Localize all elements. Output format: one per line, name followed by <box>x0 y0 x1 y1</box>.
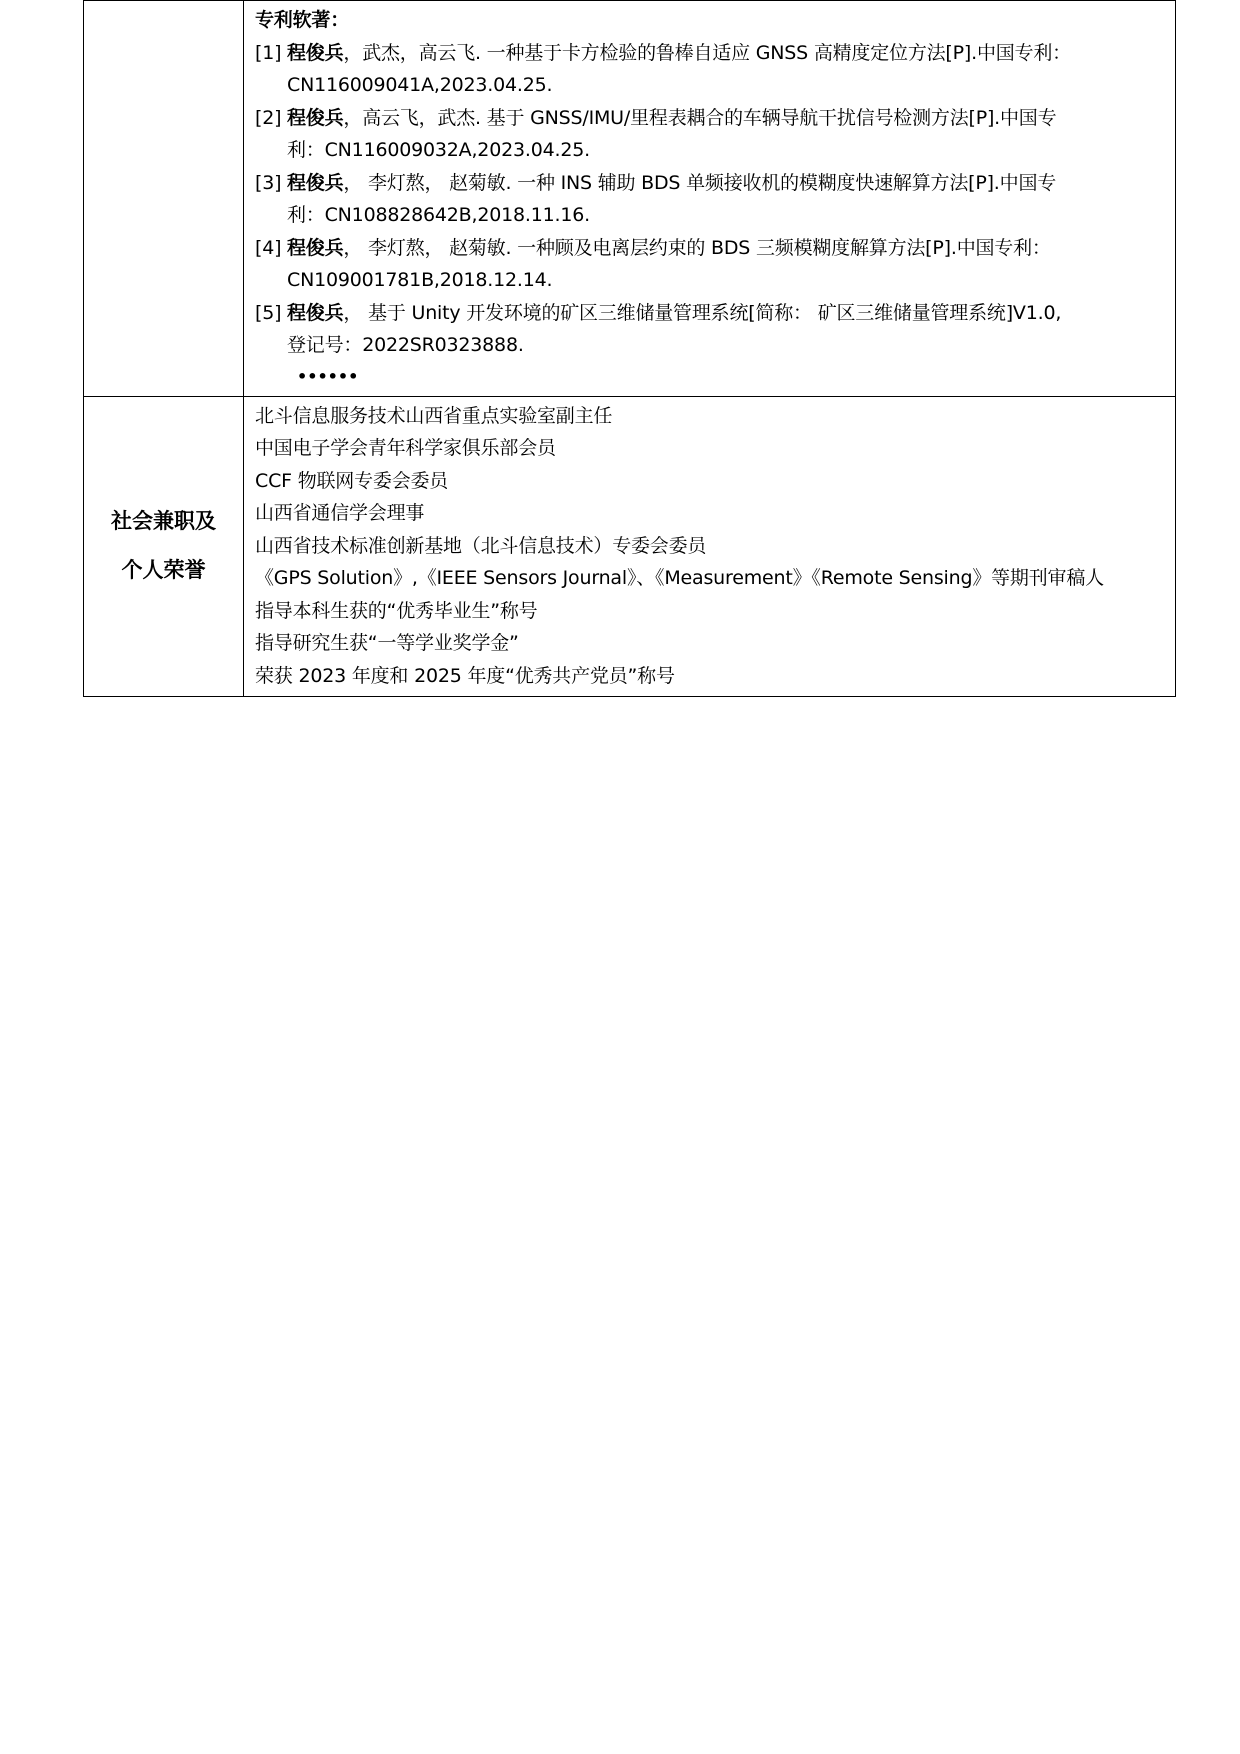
honors-row: 社会兼职及 个人荣誉 北斗信息服务技术山西省重点实验室副主任 中国电子学会青年科… <box>84 396 1176 697</box>
patent-number: [1] <box>255 37 281 70</box>
patents-section-title: 专利软著： <box>255 4 1165 37</box>
patent-author: 程俊兵 <box>287 237 343 259</box>
patent-text: ， 李灯熬， 赵菊敏. 一种 INS 辅助 BDS 单频接收机的模糊度快速解算方… <box>343 172 1056 194</box>
honors-label-line2: 个人荣誉 <box>84 546 243 595</box>
honor-item: 指导本科生获的“优秀毕业生”称号 <box>255 595 1165 628</box>
patent-item: [4] 程俊兵， 李灯熬， 赵菊敏. 一种顾及电离层约束的 BDS 三频模糊度解… <box>255 232 1165 297</box>
patent-item: [1] 程俊兵，武杰，高云飞. 一种基于卡方检验的鲁棒自适应 GNSS 高精度定… <box>255 37 1165 102</box>
patent-text: ， 李灯熬， 赵菊敏. 一种顾及电离层约束的 BDS 三频模糊度解算方法[P].… <box>343 237 1050 259</box>
patent-author: 程俊兵 <box>287 302 343 324</box>
patent-text: ，武杰，高云飞. 一种基于卡方检验的鲁棒自适应 GNSS 高精度定位方法[P].… <box>343 42 1071 64</box>
honors-content-cell: 北斗信息服务技术山西省重点实验室副主任 中国电子学会青年科学家俱乐部会员 CCF… <box>244 396 1176 697</box>
patent-item: [3] 程俊兵， 李灯熬， 赵菊敏. 一种 INS 辅助 BDS 单频接收机的模… <box>255 167 1165 232</box>
patent-author: 程俊兵 <box>287 172 343 194</box>
patent-author: 程俊兵 <box>287 107 343 129</box>
patent-item: [2] 程俊兵，高云飞，武杰. 基于 GNSS/IMU/里程表耦合的车辆导航干扰… <box>255 102 1165 167</box>
patent-number: [2] <box>255 102 281 135</box>
registration-number: 登记号：2022SR0323888. <box>287 329 1165 362</box>
patents-content-cell: 专利软著： [1] 程俊兵，武杰，高云飞. 一种基于卡方检验的鲁棒自适应 GNS… <box>244 1 1176 397</box>
honor-item: 北斗信息服务技术山西省重点实验室副主任 <box>255 400 1165 433</box>
more-ellipsis: •••••• <box>255 362 1165 392</box>
patent-number: [5] <box>255 297 281 330</box>
patent-number-date: CN109001781B,2018.12.14. <box>287 264 1165 297</box>
honor-item: CCF 物联网专委会委员 <box>255 465 1165 498</box>
cv-table: 专利软著： [1] 程俊兵，武杰，高云飞. 一种基于卡方检验的鲁棒自适应 GNS… <box>83 0 1176 697</box>
honor-item: 中国电子学会青年科学家俱乐部会员 <box>255 432 1165 465</box>
patent-text: ，高云飞，武杰. 基于 GNSS/IMU/里程表耦合的车辆导航干扰信号检测方法[… <box>343 107 1056 129</box>
patent-number-date: 利：CN116009032A,2023.04.25. <box>287 134 1165 167</box>
honor-item: 荣获 2023 年度和 2025 年度“优秀共产党员”称号 <box>255 660 1165 693</box>
honor-item: 指导研究生获“一等学业奖学金” <box>255 627 1165 660</box>
software-copyright-item: [5] 程俊兵， 基于 Unity 开发环境的矿区三维储量管理系统[简称： 矿区… <box>255 297 1165 362</box>
patent-number: [3] <box>255 167 281 200</box>
patent-number: [4] <box>255 232 281 265</box>
patent-number-date: 利：CN108828642B,2018.11.16. <box>287 199 1165 232</box>
honor-item: 《GPS Solution》,《IEEE Sensors Journal》、《M… <box>255 562 1165 595</box>
patent-author: 程俊兵 <box>287 42 343 64</box>
patents-label-cell <box>84 1 244 397</box>
patent-text: ， 基于 Unity 开发环境的矿区三维储量管理系统[简称： 矿区三维储量管理系… <box>343 302 1061 324</box>
honors-label-cell: 社会兼职及 个人荣誉 <box>84 396 244 697</box>
patents-row: 专利软著： [1] 程俊兵，武杰，高云飞. 一种基于卡方检验的鲁棒自适应 GNS… <box>84 1 1176 397</box>
honors-label-line1: 社会兼职及 <box>84 497 243 546</box>
patent-number-date: CN116009041A,2023.04.25. <box>287 69 1165 102</box>
honor-item: 山西省技术标准创新基地（北斗信息技术）专委会委员 <box>255 530 1165 563</box>
honor-item: 山西省通信学会理事 <box>255 497 1165 530</box>
